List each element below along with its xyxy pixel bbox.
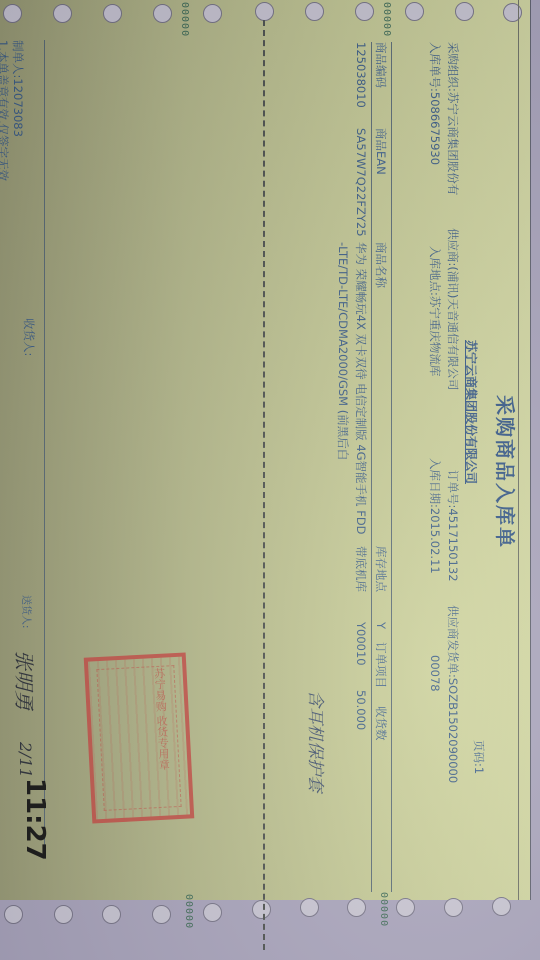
footer-note: 1.本单盖章有效,仅签字无效 bbox=[0, 40, 10, 181]
row-name-line1: 华为 荣耀畅玩4X 双卡双待 电信定制版 4G智能手机 FDD bbox=[354, 242, 368, 535]
row-code: 125038010 bbox=[354, 42, 368, 108]
preparer: 制单人:12073083 bbox=[11, 40, 25, 137]
row-ean: SA57W7Q22FZY25 bbox=[354, 128, 368, 237]
col-header-ean: 商品EAN bbox=[374, 128, 388, 175]
footer-rule bbox=[44, 40, 45, 850]
row-location: 带底机库 bbox=[354, 546, 368, 592]
receipt-number: 入库单号:5086675930 bbox=[428, 42, 442, 165]
col-header-code: 商品编码 bbox=[374, 42, 388, 88]
col-header-item: 订单项目 bbox=[374, 642, 388, 688]
col-header-qty: 收货数 bbox=[374, 706, 388, 741]
delivery-note-number: 供应商发货单:SOZB1502090000 bbox=[446, 605, 460, 783]
date-mark: 2/11 bbox=[16, 742, 35, 778]
order-number: 订单号:4517150132 bbox=[446, 470, 460, 582]
reference-code: 00078 bbox=[428, 655, 442, 692]
receiver-label: 收货人: bbox=[22, 318, 36, 356]
page-number: 页码:1 bbox=[472, 740, 486, 774]
col-header-name: 商品名称 bbox=[374, 242, 388, 288]
receipt-date: 入库日期:2015.02.11 bbox=[428, 458, 442, 574]
document-content: 采购商品入库单 苏宁云商集团股份有限公司 页码:1 采购组织:苏宁云商集团股份有… bbox=[0, 0, 540, 960]
table-header-rule bbox=[371, 42, 372, 892]
company-name: 苏宁云商集团股份有限公司 bbox=[464, 340, 478, 484]
time-mark: 11:27 bbox=[20, 778, 50, 861]
supplier: 供应商:(浦讯)天音通信有限公司 bbox=[446, 228, 460, 390]
receipt-location: 入库地点:苏宁重庆物流库 bbox=[428, 246, 442, 376]
document-title: 采购商品入库单 bbox=[498, 395, 512, 549]
table-top-rule bbox=[391, 42, 392, 892]
deliverer-signature: 张明勇 bbox=[11, 650, 40, 710]
handwritten-note: 含耳机保护套 bbox=[305, 690, 330, 792]
col-header-location: 库存地点 bbox=[374, 546, 388, 592]
col-header-y: Y bbox=[374, 622, 388, 629]
row-qty: 50.000 bbox=[354, 690, 368, 730]
deliverer-label: 送货人: bbox=[18, 595, 32, 628]
row-y: Y00010 bbox=[354, 622, 368, 666]
row-name-line2: -LTE/TD-LTE/CDMA2000/GSM (前黑后白 bbox=[336, 242, 350, 460]
purchase-org: 采购组织:苏宁云商集团股份有 bbox=[446, 42, 460, 195]
